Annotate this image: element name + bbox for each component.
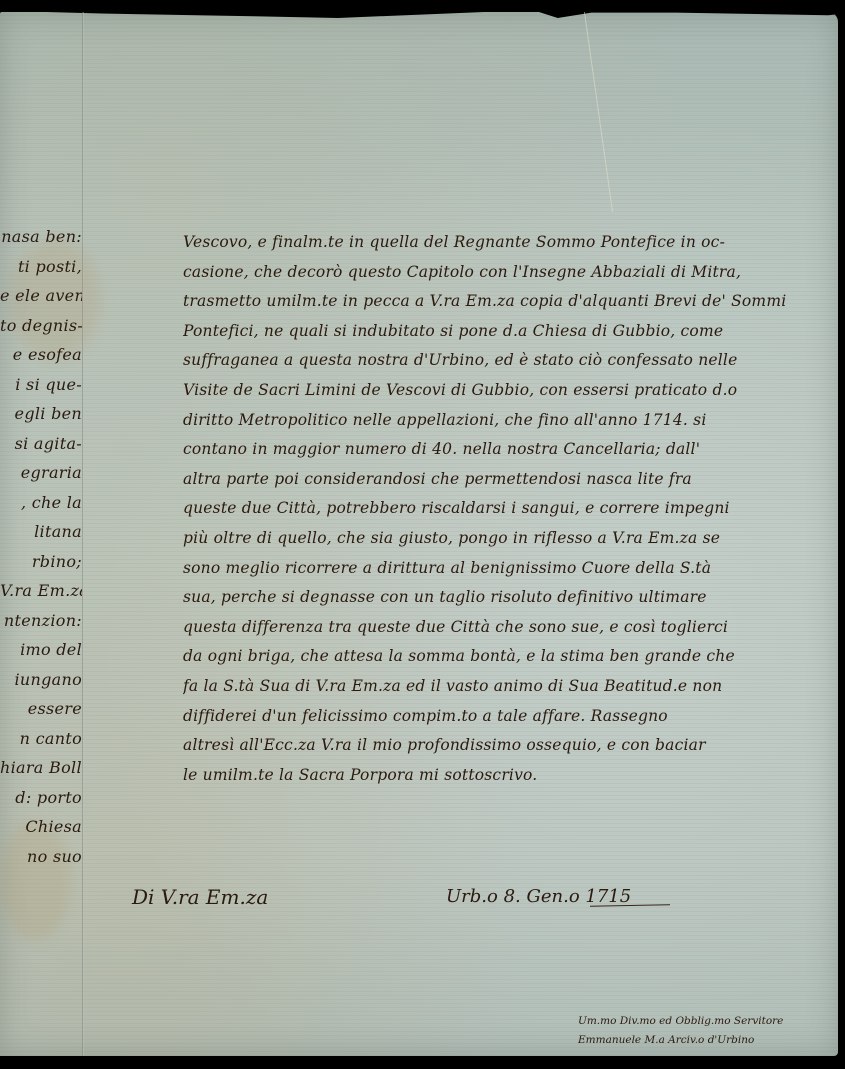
left-fragment-line: essere bbox=[0, 694, 82, 724]
letter-line: Visite de Sacri Limini de Vescovi di Gub… bbox=[183, 376, 843, 406]
left-fragment-line: hiara Bolla bbox=[0, 753, 82, 783]
letter-line: Pontefici, ne quali si indubitato si pon… bbox=[183, 317, 843, 347]
letter-line: trasmetto umilm.te in pecca a V.ra Em.za… bbox=[183, 287, 843, 317]
letter-line: queste due Città, potrebbero riscaldarsi… bbox=[183, 494, 843, 524]
letter-line: contano in maggior numero di 40. nella n… bbox=[183, 435, 843, 465]
left-fragment-line: , che la bbox=[0, 488, 82, 518]
letter-line: Vescovo, e finalm.te in quella del Regna… bbox=[183, 228, 843, 258]
left-fragment-line: no suo bbox=[0, 842, 82, 872]
left-fragment-line: nasa ben: bbox=[0, 222, 82, 252]
letter-body: Vescovo, e finalm.te in quella del Regna… bbox=[183, 228, 843, 790]
letter-line: altra parte poi considerandosi che perme… bbox=[183, 465, 843, 495]
letter-line: suffraganea a questa nostra d'Urbino, ed… bbox=[183, 346, 843, 376]
letter-line: diffiderei d'un felicissimo compim.to a … bbox=[183, 702, 843, 732]
left-fragment-line: i si que- bbox=[0, 370, 82, 400]
left-fragment-line: ntenzion: bbox=[0, 606, 82, 636]
left-fragment-line: e ele aven bbox=[0, 281, 82, 311]
left-fragment-line: egraria bbox=[0, 458, 82, 488]
closing-salutation: Di V.ra Em.za bbox=[132, 882, 268, 912]
left-fragment-line: d: porto bbox=[0, 783, 82, 813]
left-fragment-line: n canto bbox=[0, 724, 82, 754]
letter-line: sua, perche si degnasse con un taglio ri… bbox=[183, 583, 843, 613]
left-fragment-line: Chiesa bbox=[0, 812, 82, 842]
left-fragment-line: e esofea bbox=[0, 340, 82, 370]
left-fragment-line: V.ra Em.za bbox=[0, 576, 82, 606]
left-fragment-line: si agita- bbox=[0, 429, 82, 459]
letter-line: sono meglio ricorrere a dirittura al ben… bbox=[183, 554, 843, 584]
letter-line: questa differenza tra queste due Città c… bbox=[183, 613, 843, 643]
letter-line: le umilm.te la Sacra Porpora mi sottoscr… bbox=[183, 761, 843, 791]
page-fold-line bbox=[82, 12, 84, 1056]
left-fragment-line: to degnis- bbox=[0, 311, 82, 341]
letter-line: altresì all'Ecc.za V.ra il mio profondis… bbox=[183, 731, 843, 761]
letter-line: casione, che decorò questo Capitolo con … bbox=[183, 258, 843, 288]
left-fragment-line: egli ben bbox=[0, 399, 82, 429]
left-fragment-line: ti posti, bbox=[0, 252, 82, 282]
left-fragment-line: litana bbox=[0, 517, 82, 547]
place-date: Urb.o 8. Gen.o 1715 bbox=[446, 882, 631, 912]
signature-block: Um.mo Div.mo ed Obblig.mo Servitore Emma… bbox=[578, 1012, 840, 1050]
signature-line: Emmanuele M.a Arciv.o d'Urbino bbox=[578, 1031, 840, 1050]
letter-line: fa la S.tà Sua di V.ra Em.za ed il vasto… bbox=[183, 672, 843, 702]
left-fragment-line: imo del bbox=[0, 635, 82, 665]
letter-line: da ogni briga, che attesa la somma bontà… bbox=[183, 642, 843, 672]
left-fragment-line: rbino; bbox=[0, 547, 82, 577]
signature-line: Um.mo Div.mo ed Obblig.mo Servitore bbox=[578, 1012, 840, 1031]
letter-line: più oltre di quello, che sia giusto, pon… bbox=[183, 524, 843, 554]
left-page-fragment: nasa ben: ti posti, e ele aven to degnis… bbox=[0, 222, 82, 871]
letter-line: diritto Metropolitico nelle appellazioni… bbox=[183, 406, 843, 436]
left-fragment-line: iungano bbox=[0, 665, 82, 695]
